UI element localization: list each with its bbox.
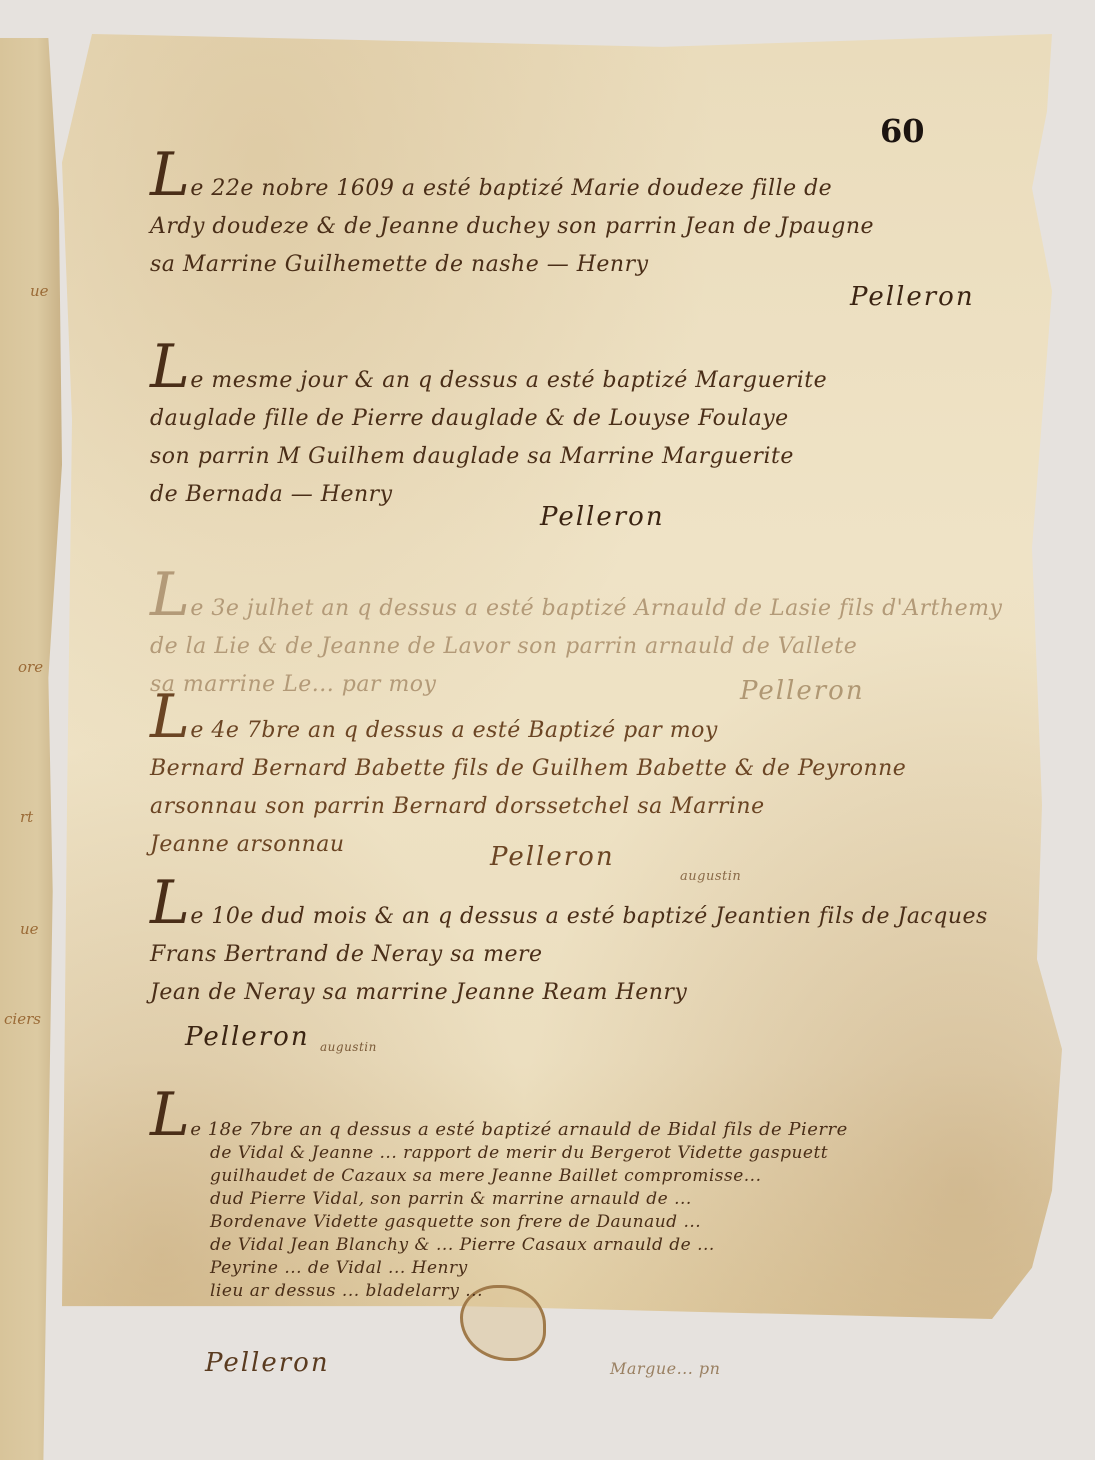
entry-line: Ardy doudeze & de Jeanne duchey son parr… bbox=[150, 208, 1040, 246]
priest-signature: Pelleron bbox=[540, 502, 665, 532]
entry-line: Le 4e 7bre an q dessus a esté Baptizé pa… bbox=[150, 702, 1040, 750]
register-entry-4: Le 4e 7bre an q dessus a esté Baptizé pa… bbox=[150, 702, 1040, 864]
entry-line: sa Marrine Guilhemette de nashe — Henry bbox=[150, 246, 1040, 284]
register-entry-1: Le 22e nobre 1609 a esté baptizé Marie d… bbox=[150, 160, 1040, 284]
entry-line: dud Pierre Vidal, son parrin & marrine a… bbox=[150, 1188, 1040, 1211]
register-entry-6: Le 18e 7bre an q dessus a esté baptizé a… bbox=[150, 1100, 1040, 1303]
entry-line: Bordenave Vidette gasquette son frere de… bbox=[150, 1211, 1040, 1234]
entry-line: Le 18e 7bre an q dessus a esté baptizé a… bbox=[150, 1100, 1040, 1142]
entry-line: Frans Bertrand de Neray sa mere bbox=[150, 936, 1040, 974]
entry-line: Jean de Neray sa marrine Jeanne Ream Hen… bbox=[150, 974, 1040, 1012]
entry-line: arsonnau son parrin Bernard dorssetchel … bbox=[150, 788, 1040, 826]
margin-annotation: Margue... pn bbox=[610, 1350, 720, 1388]
entry-line: Le 22e nobre 1609 a esté baptizé Marie d… bbox=[150, 160, 1040, 208]
entry-line: lieu ar dessus ... bladelarry ... bbox=[150, 1280, 1040, 1303]
priest-signature: Pelleron bbox=[185, 1022, 310, 1052]
entry-line: guilhaudet de Cazaux sa mere Jeanne Bail… bbox=[150, 1165, 1040, 1188]
entry-line: Le mesme jour & an q dessus a esté bapti… bbox=[150, 352, 1040, 400]
register-entry-3: Le 3e julhet an q dessus a esté baptizé … bbox=[150, 580, 1040, 704]
entry-line: Peyrine ... de Vidal ... Henry bbox=[150, 1257, 1040, 1280]
entry-line: de Vidal & Jeanne ... rapport de merir d… bbox=[150, 1142, 1040, 1165]
entry-line: son parrin M Guilhem dauglade sa Marrine… bbox=[150, 438, 1040, 476]
entry-line: Bernard Bernard Babette fils de Guilhem … bbox=[150, 750, 1040, 788]
prev-page-text: ore bbox=[18, 658, 43, 676]
margin-annotation: augustin bbox=[320, 1028, 377, 1066]
entry-line: sa marrine Le... par moy bbox=[150, 666, 1040, 704]
register-entry-2: Le mesme jour & an q dessus a esté bapti… bbox=[150, 352, 1040, 514]
entry-line: Le 3e julhet an q dessus a esté baptizé … bbox=[150, 580, 1040, 628]
priest-signature: Pelleron bbox=[850, 282, 975, 312]
prev-page-text: ue bbox=[20, 920, 39, 938]
entry-line: dauglade fille de Pierre dauglade & de L… bbox=[150, 400, 1040, 438]
prev-page-text: ue bbox=[30, 282, 49, 300]
entry-line: de Vidal Jean Blanchy & ... Pierre Casau… bbox=[150, 1234, 1040, 1257]
priest-signature: Pelleron bbox=[205, 1348, 330, 1378]
prev-page-text: ciers bbox=[4, 1010, 41, 1028]
register-entry-5: Le 10e dud mois & an q dessus a esté bap… bbox=[150, 888, 1040, 1012]
previous-page-edge bbox=[0, 38, 62, 1460]
folio-number: 60 bbox=[880, 112, 925, 150]
prev-page-text: rt bbox=[20, 808, 33, 826]
priest-signature: Pelleron bbox=[490, 842, 615, 872]
entry-line: de la Lie & de Jeanne de Lavor son parri… bbox=[150, 628, 1040, 666]
entry-line: Le 10e dud mois & an q dessus a esté bap… bbox=[150, 888, 1040, 936]
